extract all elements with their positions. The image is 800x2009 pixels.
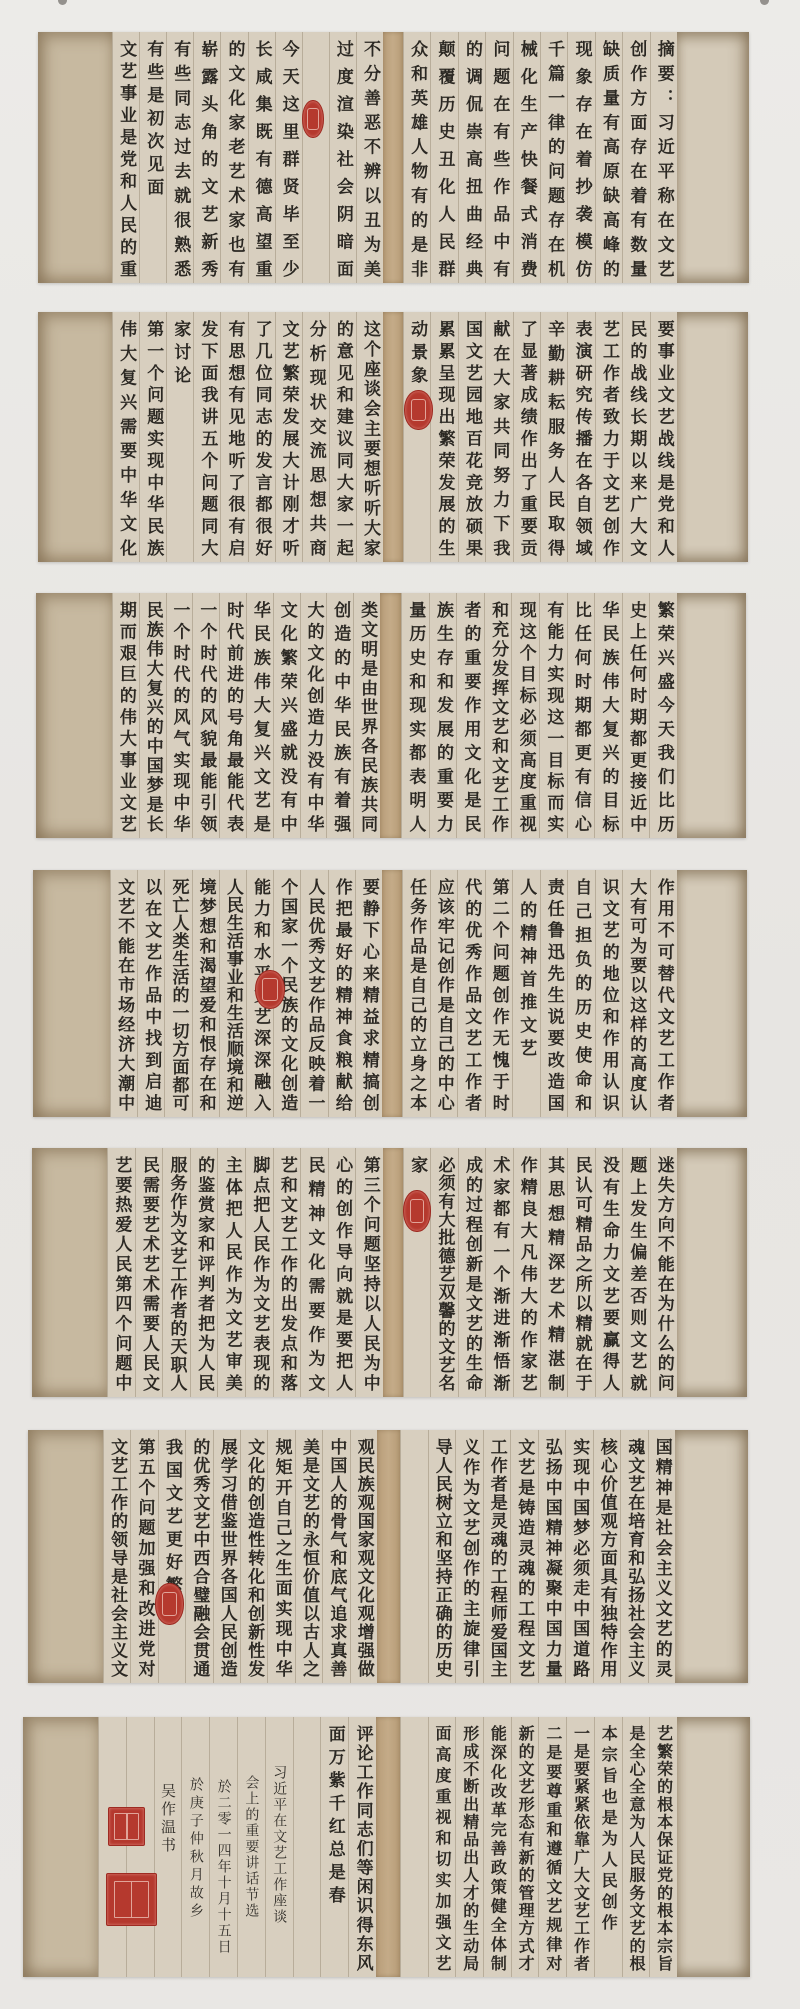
text-column: 华民族伟大复兴文艺是	[246, 593, 273, 838]
column-text: 文艺繁荣发展大计刚才听	[277, 320, 301, 556]
column-text: 有些同志过去就很熟悉	[168, 40, 192, 277]
column-text: 观民族观国家观文化观增强做	[352, 1438, 376, 1677]
text-column: 缺质量有高原缺高峰的	[595, 32, 622, 283]
text-column: 二是要尊重和遵循文艺规律对	[538, 1717, 566, 1977]
column-text: 主体把人民作为文艺审美	[220, 1156, 244, 1391]
left-text-area: 类文明是由世界各民族共同 创造的中华民族有着强 大的文化创造力没有中华 文化繁荣…	[112, 593, 381, 838]
column-text: 民认可精品之所以精就在于	[570, 1156, 594, 1391]
text-column: 核心价值观方面具有独特作用	[593, 1430, 621, 1683]
text-column: 观民族观国家观文化观增强做	[350, 1430, 377, 1683]
text-column: 量历史和现实都表明人	[401, 593, 429, 838]
red-seal-stamp	[302, 100, 324, 138]
left-text-area: 观民族观国家观文化观增强做 中国人的骨气和底气追求真善 美是文艺的永恒价值以古人…	[103, 1430, 378, 1683]
text-column: 有能力实现这一目标而实	[539, 593, 567, 838]
text-column: 要静下心来精益求精搞创	[355, 870, 382, 1117]
column-text: 表演研究传播在各自领域	[570, 320, 594, 556]
text-column: 弘扬中国精神凝聚中国力量	[538, 1430, 566, 1683]
center-mount-strip	[383, 1148, 403, 1397]
colophon-column: 於庚子仲秋月故乡	[181, 1717, 209, 1977]
column-text: 有些是初次见面	[141, 40, 165, 277]
text-column: 问题在有些作品中有	[485, 32, 512, 283]
aged-left-margin	[28, 1430, 103, 1683]
column-text: 创造的中华民族有着强	[328, 601, 352, 832]
scroll-panel-2: 这个座谈会主要想听听大家 的意见和建议同大家一起 分析现状交流思想共商 文艺繁荣…	[38, 312, 748, 562]
text-column: 作把最好的精神食粮献给	[328, 870, 355, 1117]
column-text: 导人民树立和坚持正确的历史	[430, 1438, 454, 1677]
column-text: 大有可为要以这样的高度认	[624, 878, 648, 1111]
column-text: 弘扬中国精神凝聚中国力量	[540, 1438, 564, 1677]
column-text: 作把最好的精神食粮献给	[330, 878, 354, 1111]
column-text: 比任何时期都更有信心	[569, 601, 593, 832]
column-text: 艺要热爱人民第四个问题中	[109, 1156, 133, 1391]
aged-right-margin	[675, 1430, 748, 1683]
scroll-panel-1: 不分善恶不辨以丑为美 过度渲染社会阴暗面 今天这里群贤毕至少 长咸集既有德高望重…	[38, 32, 749, 283]
text-column: 要事业文艺战线是党和人	[650, 312, 677, 562]
left-text-area: 评论工作同志们等闲识得东风 面万紫千红总是春 习近平在文艺工作座谈 会上的重要讲…	[98, 1717, 377, 1977]
column-text: 面万紫千红总是春	[323, 1725, 347, 1971]
column-text: 美是文艺的永恒价值以古人之	[297, 1438, 321, 1677]
column-text: 分析现状交流思想共商	[304, 320, 328, 556]
text-column: 必须有大批德艺双馨的文艺名	[430, 1148, 457, 1397]
column-text: 摘要：习近平称在文艺	[652, 40, 676, 277]
text-column: 一个时代的风气实现中华	[166, 593, 193, 838]
blank-column	[98, 1717, 126, 1977]
column-text: 民需要艺术艺术需要人民文	[137, 1156, 161, 1391]
column-text: 文艺不能在市场经济大潮中	[112, 878, 136, 1111]
column-text: 艺工作者致力于文艺创作	[597, 320, 621, 556]
seal-glyph-icon	[114, 1881, 149, 1918]
text-column: 有些同志过去就很熟悉	[166, 32, 193, 283]
text-column: 作精良大凡伟大的作家艺	[513, 1148, 540, 1397]
artist-signature: 吴作温书	[156, 1783, 180, 1971]
column-text: 创作方面存在着有数量	[624, 40, 648, 277]
column-text: 家讨论	[168, 320, 192, 556]
text-column: 能深化改革完善政策健全体制	[483, 1717, 511, 1977]
column-text: 不分善恶不辨以丑为美	[358, 40, 382, 277]
wall-hook-left	[58, 0, 67, 5]
column-text: 本宗旨也是为人民创作	[596, 1725, 620, 1971]
column-text: 量历史和现实都表明人	[403, 601, 427, 832]
seal-glyph-icon	[262, 978, 278, 1000]
red-seal-stamp	[255, 970, 285, 1009]
text-column: 创造的中华民族有着强	[326, 593, 353, 838]
text-column: 中国人的骨气和底气追求真善	[322, 1430, 349, 1683]
text-column: 文化的创造性转化和创新性发	[240, 1430, 267, 1683]
column-text: 过度渲染社会阴暗面	[331, 40, 355, 277]
text-column: 评论工作同志们等闲识得东风	[348, 1717, 376, 1977]
column-text: 今天这里群贤毕至少	[277, 40, 301, 277]
aged-right-margin	[677, 1717, 750, 1977]
text-column: 文艺不能在市场经济大潮中	[110, 870, 137, 1117]
column-text: 识文艺的地位和作用认识	[597, 878, 621, 1111]
column-text: 我国文艺更好繁荣	[160, 1438, 184, 1677]
left-text-area: 要静下心来精益求精搞创 作把最好的精神食粮献给 人民优秀文艺作品反映着一 个国家…	[110, 870, 383, 1117]
text-column: 魂文艺在培育和弘扬社会主义	[620, 1430, 648, 1683]
column-text: 和充分发挥文艺和文艺工作	[486, 601, 510, 832]
column-text: 作精良大凡伟大的作家艺	[515, 1156, 539, 1391]
text-column: 族生存和发展的重要力	[429, 593, 457, 838]
text-column: 人的精神首推文艺	[512, 870, 540, 1117]
text-column: 现这个目标必须高度重视	[511, 593, 539, 838]
column-text: 众和英雄人物有的是非	[405, 40, 429, 277]
column-text: 一个时代的风气实现中华	[168, 601, 192, 832]
text-column: 有些是初次见面	[139, 32, 166, 283]
scroll-panel-6: 观民族观国家观文化观增强做 中国人的骨气和底气追求真善 美是文艺的永恒价值以古人…	[28, 1430, 748, 1683]
text-column: 任务作品是自己的立身之本	[402, 870, 430, 1117]
column-text: 要事业文艺战线是党和人	[652, 320, 676, 556]
aged-right-margin	[677, 593, 746, 838]
column-text: 文艺是铸造灵魂的工程文艺	[512, 1438, 536, 1677]
column-text: 大的文化创造力没有中华	[302, 601, 326, 832]
column-text: 要静下心来精益求精搞创	[357, 878, 381, 1111]
column-text: 民族伟大复兴的中国梦是长	[141, 601, 165, 832]
aged-right-margin	[677, 870, 747, 1117]
column-text: 规矩开自己之生面实现中华	[270, 1438, 294, 1677]
text-column: 现象存在着抄袭模仿	[567, 32, 594, 283]
text-column: 工作者是灵魂的工程师爱国主	[483, 1430, 511, 1683]
text-column: 实现中国梦必须走中国道路	[565, 1430, 593, 1683]
text-column: 艺要热爱人民第四个问题中	[107, 1148, 135, 1397]
column-text: 的鉴赏家和评判者把为人民	[192, 1156, 216, 1391]
text-column: 创作方面存在着有数量	[622, 32, 649, 283]
wall-hook-right	[760, 0, 769, 5]
text-column: 其思想精深艺术精湛制	[540, 1148, 567, 1397]
text-column: 的文化家老艺术家也有	[220, 32, 247, 283]
column-text: 以在文艺作品中找到启迪	[139, 878, 163, 1111]
text-column: 是全心全意为人民服务文艺的根	[622, 1717, 650, 1977]
text-column: 伟大复兴需要中华文化	[112, 312, 139, 562]
signature-column: 吴作温书	[154, 1717, 182, 1977]
column-text: 缺质量有高原缺高峰的	[597, 40, 621, 277]
text-column: 第五个问题加强和改进党对	[130, 1430, 157, 1683]
column-text: 华民族伟大复兴文艺是	[248, 601, 272, 832]
left-text-area: 这个座谈会主要想听听大家 的意见和建议同大家一起 分析现状交流思想共商 文艺繁荣…	[112, 312, 384, 562]
text-column: 了显著成绩作出了重要贡	[513, 312, 540, 562]
colophon-date: 於庚子仲秋月故乡	[184, 1777, 208, 1971]
text-column: 的优秀文艺中西合璧融会贯通	[185, 1430, 212, 1683]
text-column: 国文艺园地百花竞放硕果	[458, 312, 485, 562]
text-column	[302, 32, 329, 283]
column-text: 第一个问题实现中华民族	[141, 320, 165, 556]
text-column: 文艺是铸造灵魂的工程文艺	[510, 1430, 538, 1683]
column-text: 文化繁荣兴盛就没有中	[275, 601, 299, 832]
column-text: 艺和文艺工作的出发点和落	[275, 1156, 299, 1391]
column-text: 脚点把人民作为文艺表现的	[247, 1156, 271, 1391]
text-column: 家讨论	[166, 312, 193, 562]
column-text: 展学习借鉴世界各国人民创造	[215, 1438, 239, 1677]
text-column: 民的战线长期以来广大文	[622, 312, 649, 562]
column-text: 自己担负的历史使命和	[569, 878, 593, 1111]
text-column: 国精神是社会主义文艺的灵	[648, 1430, 676, 1683]
red-seal-stamp	[155, 1583, 184, 1625]
text-column: 和充分发挥文艺和文艺工作	[484, 593, 512, 838]
column-text: 心的创作导向就是要把人	[330, 1156, 354, 1391]
text-column: 人民生活事业和生活顺境和逆	[219, 870, 246, 1117]
column-text: 题上发生偏差否则文艺就	[624, 1156, 648, 1391]
column-text: 类文明是由世界各民族共同	[355, 601, 379, 832]
right-text-area: 作用不可替代文艺工作者 大有可为要以这样的高度认 识文艺的地位和作用认识 自己担…	[402, 870, 678, 1117]
column-text: 人民生活事业和生活顺境和逆	[221, 878, 245, 1111]
column-text: 的文化家老艺术家也有	[222, 40, 246, 277]
right-text-area: 迷失方向不能在为什么的问 题上发生偏差否则文艺就 没有生命力文艺要赢得人 民认可…	[403, 1148, 678, 1397]
column-text: 评论工作同志们等闲识得东风	[351, 1725, 375, 1971]
text-column: 应该牢记创作是自己的中心	[430, 870, 458, 1117]
right-text-area: 要事业文艺战线是党和人 民的战线长期以来广大文 艺工作者致力于文艺创作 表演研究…	[403, 312, 678, 562]
text-column: 长咸集既有德高望重	[248, 32, 275, 283]
artist-seal-small	[108, 1807, 145, 1846]
column-text: 代的优秀作品文艺工作者	[459, 878, 483, 1111]
text-column: 不分善恶不辨以丑为美	[356, 32, 383, 283]
aged-left-margin	[32, 1148, 107, 1397]
column-text: 魂文艺在培育和弘扬社会主义	[622, 1438, 646, 1677]
aged-right-margin	[677, 312, 748, 562]
scroll-panel-5: 第三个问题坚持以人民为中 心的创作导向就是要把人 民精神文化需要作为文 艺和文艺…	[32, 1148, 747, 1397]
blank-column	[400, 1717, 428, 1977]
column-text: 中国人的骨气和底气追求真善	[324, 1438, 348, 1677]
column-text: 史上任何时期都更接近中	[624, 601, 648, 832]
column-text: 崭露头角的文艺新秀	[195, 40, 219, 277]
text-column: 艺繁荣的根本保证党的根本宗旨	[649, 1717, 677, 1977]
column-text: 新的文艺形态有新的管理方式才	[513, 1725, 537, 1971]
text-column: 作用不可替代文艺工作者	[650, 870, 678, 1117]
column-text: 了显著成绩作出了重要贡	[515, 320, 539, 556]
column-text: 动景象	[405, 320, 429, 556]
text-column: 美是文艺的永恒价值以古人之	[295, 1430, 322, 1683]
text-column: 主体把人民作为文艺审美	[217, 1148, 245, 1397]
column-text: 其思想精深艺术精湛制	[542, 1156, 566, 1391]
column-text: 义作为文艺创作的主旋律引	[457, 1438, 481, 1677]
text-column: 的鉴赏家和评判者把为人民	[190, 1148, 218, 1397]
seal-glyph-icon	[307, 108, 318, 130]
text-column: 今天这里群贤毕至少	[275, 32, 302, 283]
text-column: 分析现状交流思想共商	[302, 312, 329, 562]
text-column: 一个时代的风貌最能引领	[192, 593, 219, 838]
text-column: 有思想有见地听了很有启	[220, 312, 247, 562]
center-mount-strip	[382, 870, 402, 1117]
column-text: 国精神是社会主义文艺的灵	[650, 1438, 674, 1677]
aged-left-margin	[33, 870, 110, 1117]
text-column: 崭露头角的文艺新秀	[193, 32, 220, 283]
text-column: 众和英雄人物有的是非	[403, 32, 430, 283]
scroll-panel-3: 类文明是由世界各民族共同 创造的中华民族有着强 大的文化创造力没有中华 文化繁荣…	[36, 593, 746, 838]
center-mount-strip	[383, 32, 403, 283]
text-column: 文艺事业是党和人民的重	[112, 32, 139, 283]
scroll-panel-4: 要静下心来精益求精搞创 作把最好的精神食粮献给 人民优秀文艺作品反映着一 个国家…	[33, 870, 747, 1117]
column-text: 期而艰巨的伟大事业文艺	[114, 601, 138, 832]
seal-glyph-icon	[162, 1592, 177, 1616]
text-column: 动景象	[403, 312, 430, 562]
text-column: 以在文艺作品中找到启迪	[137, 870, 164, 1117]
column-text: 必须有大批德艺双馨的文艺名	[433, 1156, 457, 1391]
aged-right-margin	[677, 1148, 747, 1397]
text-column: 献在大家共同努力下我	[485, 312, 512, 562]
seal-glyph-icon	[411, 399, 426, 422]
column-text: 面高度重视和切实加强文艺	[430, 1725, 454, 1971]
text-column: 境梦想和渴望爱和恨存在和	[192, 870, 219, 1117]
column-text: 族生存和发展的重要力	[431, 601, 455, 832]
text-column: 颠覆历史丑化人民群	[430, 32, 457, 283]
text-column: 大的文化创造力没有中华	[300, 593, 327, 838]
text-column: 辛勤耕耘服务人民取得	[540, 312, 567, 562]
aged-right-margin	[677, 32, 749, 283]
text-column: 形成不断出精品出人才的生动局	[455, 1717, 483, 1977]
colophon-text: 会上的重要讲话节选	[239, 1775, 263, 1971]
column-text: 有思想有见地听了很有启	[222, 320, 246, 556]
left-text-area: 不分善恶不辨以丑为美 过度渲染社会阴暗面 今天这里群贤毕至少 长咸集既有德高望重…	[112, 32, 384, 283]
column-text: 颠覆历史丑化人民群	[433, 40, 457, 277]
column-text: 的调侃崇高扭曲经典	[460, 40, 484, 277]
red-seal-stamp	[404, 390, 433, 430]
left-text-area: 第三个问题坚持以人民为中 心的创作导向就是要把人 民精神文化需要作为文 艺和文艺…	[107, 1148, 384, 1397]
text-column: 题上发生偏差否则文艺就	[622, 1148, 649, 1397]
column-text: 人的精神首推文艺	[514, 878, 538, 1111]
column-text: 第三个问题坚持以人民为中	[358, 1156, 382, 1391]
colophon-date: 於二零一四年十月十五日	[212, 1779, 236, 1971]
text-column: 文化繁荣兴盛就没有中	[273, 593, 300, 838]
column-text: 累累呈现出繁荣发展的生	[433, 320, 457, 556]
text-column: 发下面我讲五个问题同大	[193, 312, 220, 562]
column-text: 伟大复兴需要中华文化	[114, 320, 138, 556]
column-text: 一个时代的风貌最能引领	[194, 601, 218, 832]
text-column: 迷失方向不能在为什么的问	[650, 1148, 677, 1397]
colophon-text: 习近平在文艺工作座谈	[267, 1765, 291, 1971]
text-column: 人民优秀文艺作品反映着一	[300, 870, 327, 1117]
column-text: 献在大家共同努力下我	[487, 320, 511, 556]
column-text: 迷失方向不能在为什么的问	[652, 1156, 676, 1391]
column-text: 了几位同志的发言都很好	[250, 320, 274, 556]
center-mount-strip	[380, 593, 401, 838]
text-column: 术家都有一个渐进渐悟渐	[485, 1148, 512, 1397]
column-text: 文艺事业是党和人民的重	[114, 40, 138, 277]
column-text: 核心价值观方面具有独特作用	[595, 1438, 619, 1677]
text-column: 大有可为要以这样的高度认	[622, 870, 650, 1117]
column-text: 艺繁荣的根本保证党的根本宗旨	[652, 1725, 676, 1971]
colophon-column: 於二零一四年十月十五日	[209, 1717, 237, 1977]
text-column: 义作为文艺创作的主旋律引	[455, 1430, 483, 1683]
text-column: 文艺繁荣发展大计刚才听	[275, 312, 302, 562]
text-column: 民族伟大复兴的中国梦是长	[139, 593, 166, 838]
column-text: 民精神文化需要作为文	[303, 1156, 327, 1391]
text-column: 的调侃崇高扭曲经典	[458, 32, 485, 283]
text-column: 导人民树立和坚持正确的历史	[428, 1430, 456, 1683]
column-text: 作用不可替代文艺工作者	[652, 878, 676, 1111]
aged-left-margin	[23, 1717, 98, 1977]
blank-column	[400, 1430, 428, 1683]
column-text: 形成不断出精品出人才的生动局	[458, 1725, 482, 1971]
center-mount-strip	[383, 312, 403, 562]
column-text: 应该牢记创作是自己的中心	[432, 878, 456, 1111]
column-text: 千篇一律的问题存在机	[542, 40, 566, 277]
column-text: 没有生命力文艺要赢得人	[597, 1156, 621, 1391]
text-column: 者的重要作用文化是民	[456, 593, 484, 838]
text-column: 服务作为文艺工作者的天职人	[162, 1148, 190, 1397]
text-column: 面万紫千红总是春	[320, 1717, 348, 1977]
text-column: 没有生命力文艺要赢得人	[595, 1148, 622, 1397]
column-text: 发下面我讲五个问题同大	[195, 320, 219, 556]
column-text: 第五个问题加强和改进党对	[133, 1438, 157, 1677]
right-text-area: 摘要：习近平称在文艺 创作方面存在着有数量 缺质量有高原缺高峰的 现象存在着抄袭…	[403, 32, 678, 283]
blank-column	[126, 1717, 154, 1977]
right-text-area: 繁荣兴盛今天我们比历 史上任何时期都更接近中 华民族伟大复兴的目标 比任何时期都…	[401, 593, 678, 838]
column-text: 时代前进的号角最能代表	[221, 601, 245, 832]
aged-left-margin	[36, 593, 112, 838]
column-text: 二是要尊重和遵循文艺规律对	[541, 1725, 565, 1971]
column-text: 文化的创造性转化和创新性发	[242, 1438, 266, 1677]
text-column: 我国文艺更好繁荣	[158, 1430, 185, 1683]
blank-column	[293, 1717, 321, 1977]
center-mount-strip	[376, 1717, 400, 1977]
column-text: 实现中国梦必须走中国道路	[567, 1438, 591, 1677]
colophon-column: 会上的重要讲话节选	[237, 1717, 265, 1977]
text-column: 责任鲁迅先生说要改造国	[540, 870, 568, 1117]
text-column: 展学习借鉴世界各国人民创造	[213, 1430, 240, 1683]
column-text: 这个座谈会主要想听听大家	[358, 320, 382, 556]
column-text: 国文艺园地百花竞放硕果	[460, 320, 484, 556]
text-column: 累累呈现出繁荣发展的生	[430, 312, 457, 562]
text-column: 民精神文化需要作为文	[300, 1148, 328, 1397]
text-column: 艺和文艺工作的出发点和落	[273, 1148, 301, 1397]
column-text: 繁荣兴盛今天我们比历	[652, 601, 676, 832]
aged-left-margin	[38, 32, 112, 283]
text-column: 识文艺的地位和作用认识	[595, 870, 623, 1117]
text-column: 艺工作者致力于文艺创作	[595, 312, 622, 562]
column-text: 华民族伟大复兴的目标	[597, 601, 621, 832]
text-column: 民需要艺术艺术需要人民文	[135, 1148, 163, 1397]
text-column: 新的文艺形态有新的管理方式才	[511, 1717, 539, 1977]
artist-seal-large	[106, 1873, 157, 1926]
column-text: 术家都有一个渐进渐悟渐	[487, 1156, 511, 1391]
column-text: 境梦想和渴望爱和恨存在和	[194, 878, 218, 1111]
text-column: 过度渲染社会阴暗面	[329, 32, 356, 283]
column-text: 能深化改革完善政策健全体制	[485, 1725, 509, 1971]
text-column: 面高度重视和切实加强文艺	[428, 1717, 456, 1977]
text-column: 成的过程创新是文艺的生命	[458, 1148, 485, 1397]
column-text: 任务作品是自己的立身之本	[404, 878, 428, 1111]
seal-glyph-icon	[114, 1813, 139, 1840]
column-text: 文艺工作的领导是社会主义文	[105, 1438, 129, 1677]
column-text: 械化生产快餐式消费	[515, 40, 539, 277]
text-column: 第三个问题坚持以人民为中	[355, 1148, 383, 1397]
column-text: 现这个目标必须高度重视	[514, 601, 538, 832]
text-column: 的意见和建议同大家一起	[329, 312, 356, 562]
column-text: 有能力实现这一目标而实	[541, 601, 565, 832]
text-column: 脚点把人民作为文艺表现的	[245, 1148, 273, 1397]
text-column: 了几位同志的发言都很好	[248, 312, 275, 562]
text-column: 文艺工作的领导是社会主义文	[103, 1430, 130, 1683]
column-text: 者的重要作用文化是民	[459, 601, 483, 832]
text-column: 规矩开自己之生面实现中华	[267, 1430, 294, 1683]
text-column: 期而艰巨的伟大事业文艺	[112, 593, 139, 838]
text-column: 摘要：习近平称在文艺	[650, 32, 677, 283]
column-text: 是全心全意为人民服务文艺的根	[624, 1725, 648, 1971]
text-column: 一是要紧紧依靠广大文艺工作者	[566, 1717, 594, 1977]
column-text: 的意见和建议同大家一起	[331, 320, 355, 556]
text-column: 本宗旨也是为人民创作	[594, 1717, 622, 1977]
text-column: 心的创作导向就是要把人	[328, 1148, 356, 1397]
text-column: 第二个问题创作无愧于时	[485, 870, 513, 1117]
aged-left-margin	[38, 312, 112, 562]
red-seal-stamp	[403, 1190, 431, 1232]
column-text: 人民优秀文艺作品反映着一	[302, 878, 326, 1111]
text-column: 这个座谈会主要想听听大家	[356, 312, 383, 562]
column-text: 工作者是灵魂的工程师爱国主	[485, 1438, 509, 1677]
column-text: 的优秀文艺中西合璧融会贯通	[187, 1438, 211, 1677]
text-column: 千篇一律的问题存在机	[540, 32, 567, 283]
text-column: 民认可精品之所以精就在于	[567, 1148, 594, 1397]
text-column: 械化生产快餐式消费	[513, 32, 540, 283]
text-column: 时代前进的号角最能代表	[219, 593, 246, 838]
column-text: 责任鲁迅先生说要改造国	[542, 878, 566, 1111]
